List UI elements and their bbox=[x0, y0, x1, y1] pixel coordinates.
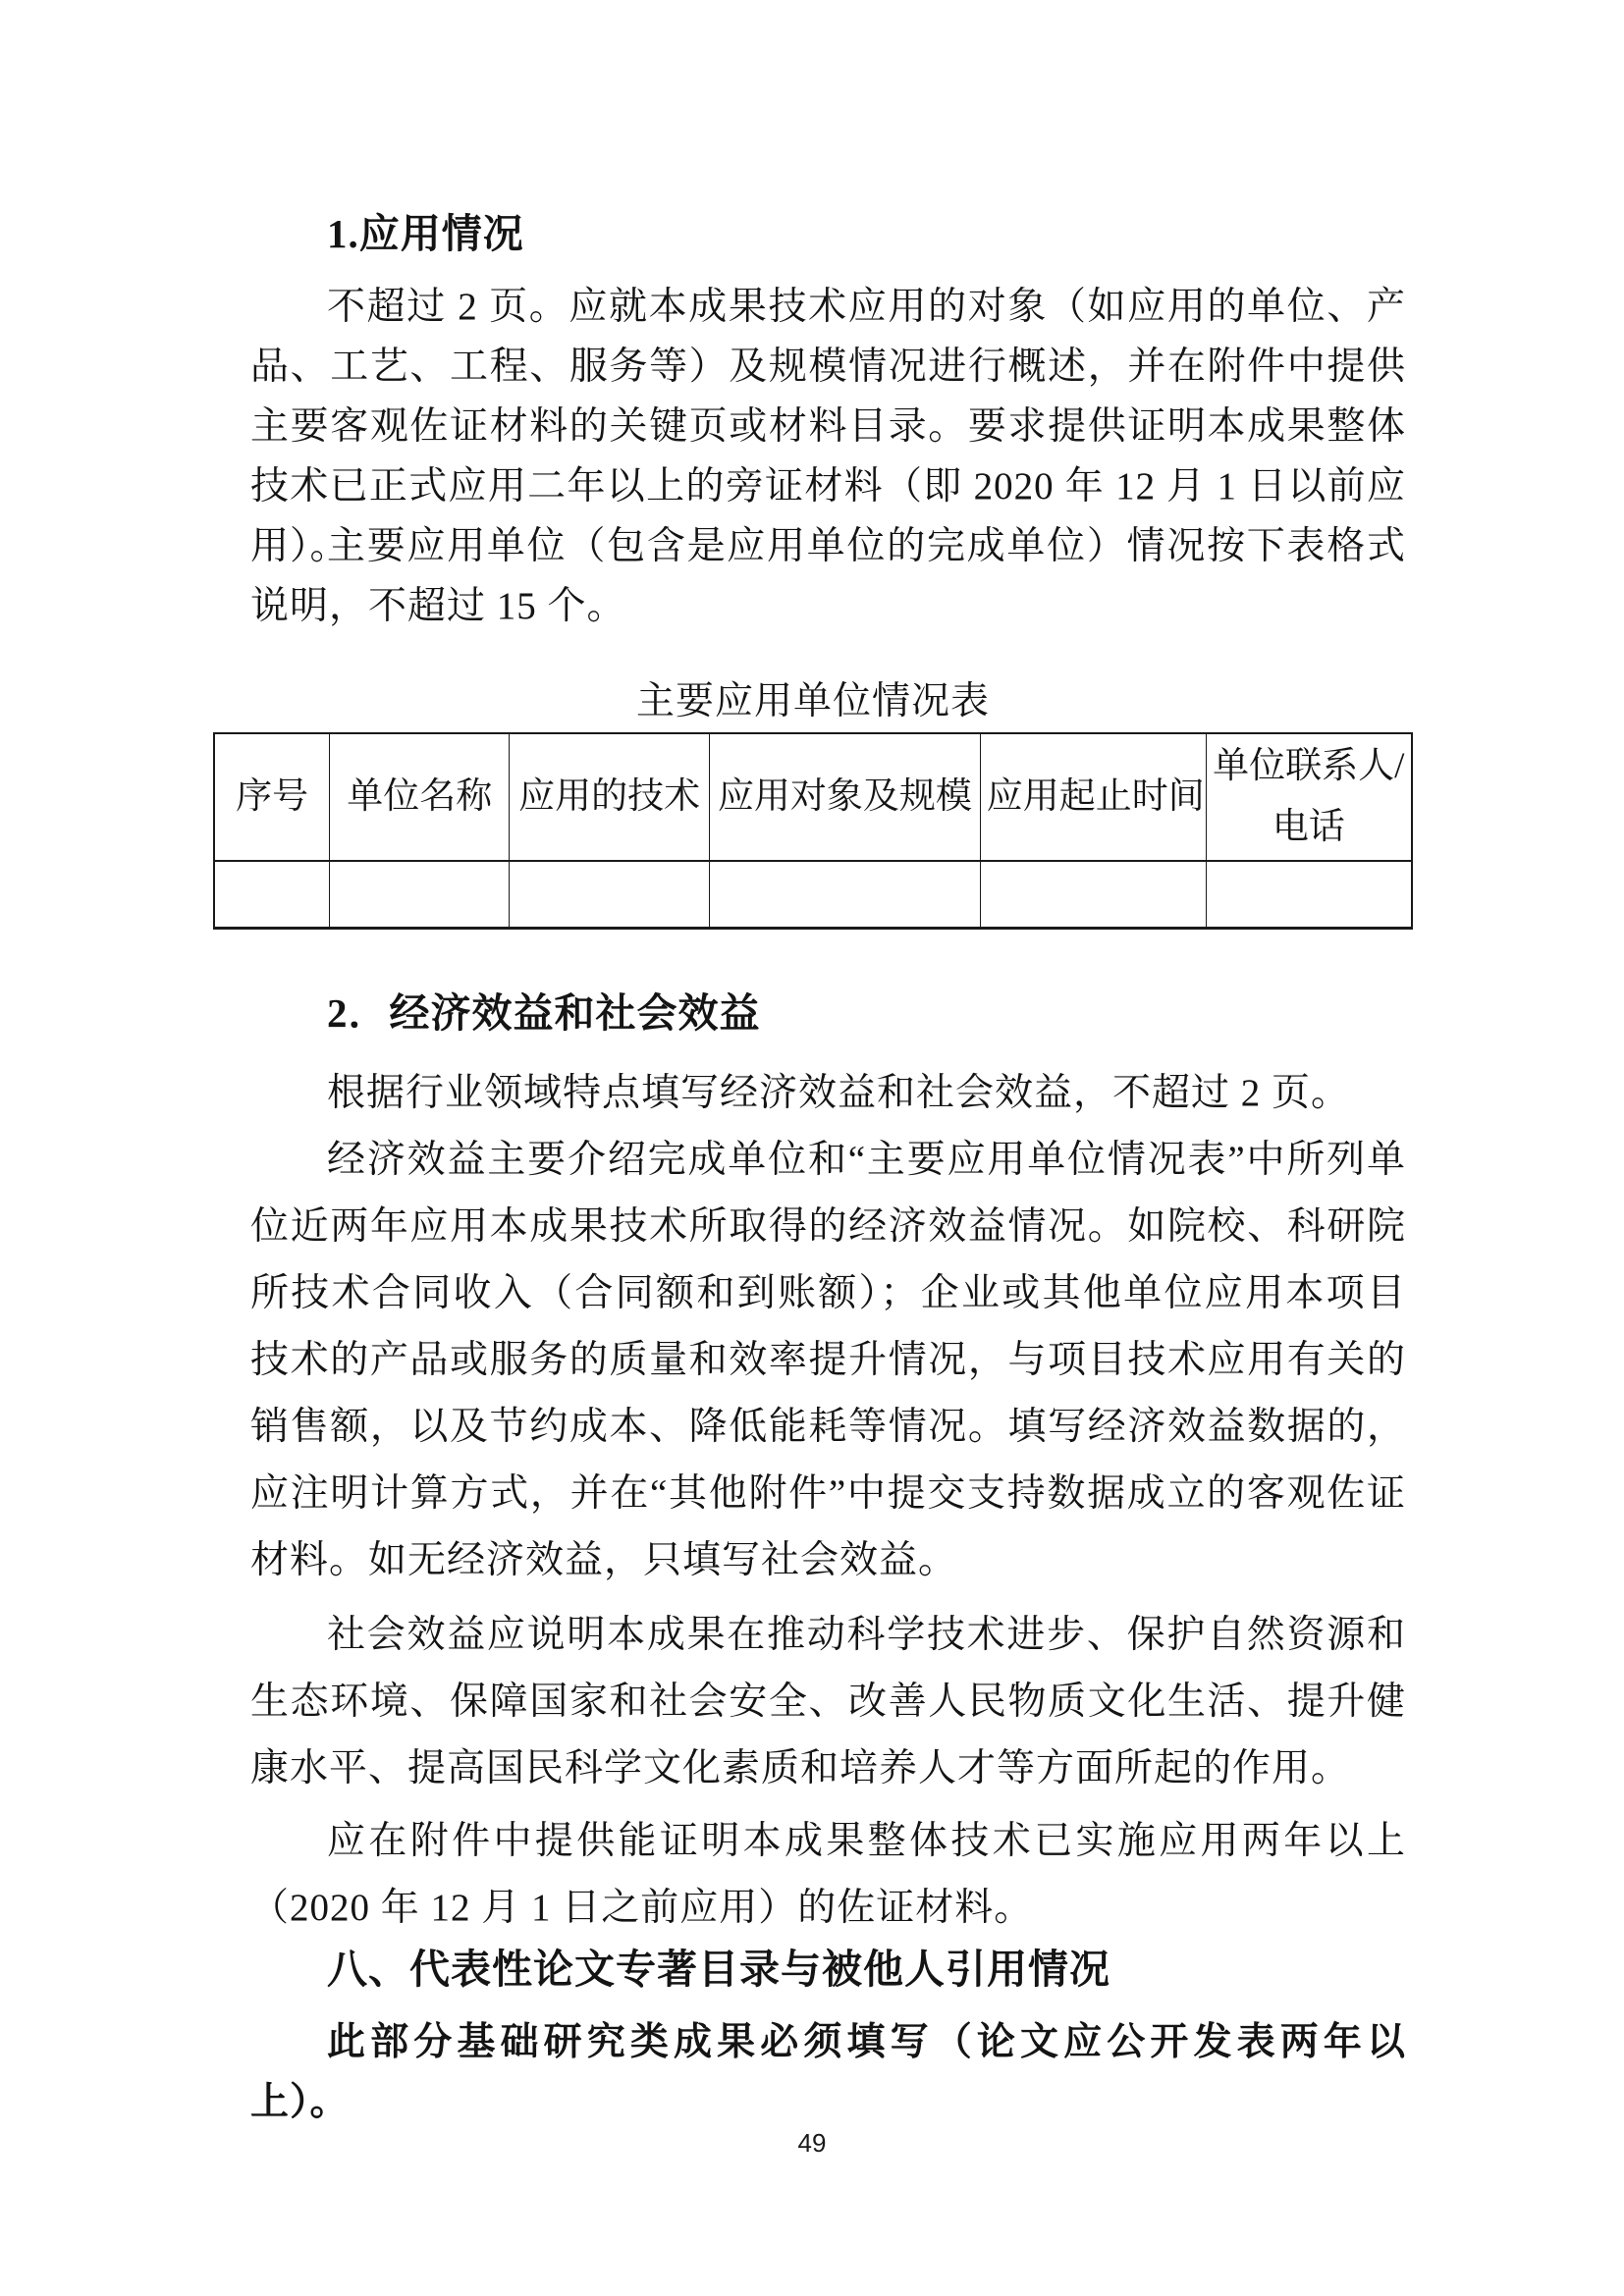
table-empty-cell bbox=[710, 861, 981, 929]
table-empty-cell bbox=[330, 861, 510, 929]
table-title: 主要应用单位情况表 bbox=[213, 679, 1413, 724]
section8-paragraph-1: 此部分基础研究类成果必须填写（论文应公开发表两年以上）。 bbox=[250, 2012, 1406, 2132]
table-empty-cell bbox=[510, 861, 710, 929]
table-header-applied-technology: 应用的技术 bbox=[510, 733, 710, 861]
table-header-application-object-scale: 应用对象及规模 bbox=[710, 733, 981, 861]
table-empty-cell bbox=[214, 861, 330, 929]
page-number: 49 bbox=[0, 2128, 1624, 2159]
section2-paragraph-4: 应在附件中提供能证明本成果整体技术已实施应用两年以上（2020 年 12 月 1… bbox=[250, 1808, 1406, 1942]
table-empty-cell bbox=[980, 861, 1206, 929]
table-header-index: 序号 bbox=[214, 733, 330, 861]
section2-paragraph-1: 根据行业领域特点填写经济效益和社会效益，不超过 2 页。 bbox=[250, 1060, 1406, 1127]
document-page: 1.应用情况 不超过 2 页。应就本成果技术应用的对象（如应用的单位、产品、工艺… bbox=[0, 0, 1624, 2296]
section2-paragraph-2: 经济效益主要介绍完成单位和“主要应用单位情况表”中所列单位近两年应用本成果技术所… bbox=[250, 1127, 1406, 1594]
section1-heading: 1.应用情况 bbox=[250, 210, 1406, 257]
section2-paragraph-3: 社会效益应说明本成果在推动科学技术进步、保护自然资源和生态环境、保障国家和社会安… bbox=[250, 1602, 1406, 1802]
table-header-unit-name: 单位名称 bbox=[330, 733, 510, 861]
table-empty-row bbox=[214, 861, 1412, 929]
table-header-application-period: 应用起止时间 bbox=[980, 733, 1206, 861]
application-units-table: 序号 单位名称 应用的技术 应用对象及规模 应用起止时间 单位联系人/电话 bbox=[213, 732, 1413, 930]
section8-heading: 八、代表性论文专著目录与被他人引用情况 bbox=[250, 1946, 1406, 1993]
table-empty-cell bbox=[1206, 861, 1412, 929]
section1-paragraph-2: 主要应用单位（包含是应用单位的完成单位）情况按下表格式说明，不超过 15 个。 bbox=[250, 516, 1406, 636]
table-header-row: 序号 单位名称 应用的技术 应用对象及规模 应用起止时间 单位联系人/电话 bbox=[214, 733, 1412, 861]
table-header-contact-phone: 单位联系人/电话 bbox=[1206, 733, 1412, 861]
section2-heading: 2．经济效益和社会效益 bbox=[250, 989, 1406, 1037]
